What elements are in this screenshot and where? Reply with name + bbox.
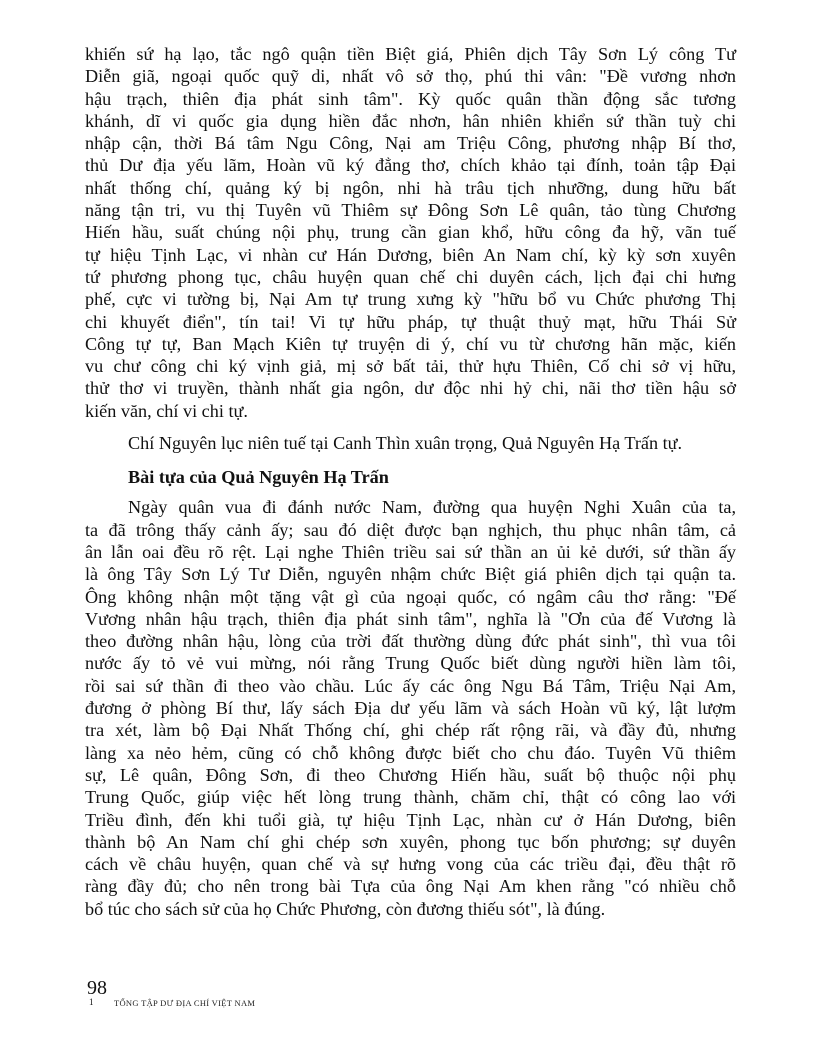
text-line: theo đường nhân hậu, lòng của trời đất t…: [85, 630, 736, 652]
text-line: nhất thống chí, quảng ký bị ngôn, nhi hà…: [85, 177, 736, 199]
text-line: cách về châu huyện, quan chế và sự hưng …: [85, 853, 736, 875]
text-line: Diễn giã, ngoại quốc quỹ di, nhất vô sở …: [85, 65, 736, 87]
text-line: khánh, dĩ vi quốc gia dụng hiền đắc nhơn…: [85, 110, 736, 132]
text-line: ta đã trông thấy cảnh ấy; sau đó diệt đư…: [85, 519, 736, 541]
text-line: là ông Tây Sơn Lý Tư Diễn, nguyên nhậm c…: [85, 563, 736, 585]
section-heading: Bài tựa của Quả Nguyên Hạ Trấn: [85, 464, 736, 490]
signature-line: Chí Nguyên lục niên tuế tại Canh Thìn xu…: [85, 432, 736, 454]
page-footer: 98 1 TỔNG TẬP DƯ ĐỊA CHÍ VIỆT NAM: [87, 978, 387, 1008]
text-line: rồi sai sứ thần đi theo vào chầu. Lúc ấy…: [85, 675, 736, 697]
page-body: khiến sứ hạ lạo, tắc ngô quận tiền Biệt …: [85, 43, 736, 920]
spacer: [85, 454, 736, 464]
text-line: sự, Lê quân, Đông Sơn, đi theo Chương Hi…: [85, 764, 736, 786]
text-line: Trung Quốc, giúp việc hết lòng trung thà…: [85, 786, 736, 808]
text-line: chi khuyết điển", tín tai! Vi tự hữu phá…: [85, 311, 736, 333]
text-line: bổ túc cho sách sử của họ Chức Phương, c…: [85, 898, 736, 920]
text-line: ràng đầy đủ; cho nên trong bài Tựa của ô…: [85, 875, 736, 897]
text-line: hậu trạch, thiên địa phát sinh tâm". Kỳ …: [85, 88, 736, 110]
spacer: [85, 422, 736, 432]
page-sub-mark: 1: [89, 997, 94, 1007]
text-line: năng tận tri, vu thị Tuyên vũ Thiêm sự Đ…: [85, 199, 736, 221]
text-line: vu chư công chi ký vịnh giả, mị sở bất t…: [85, 355, 736, 377]
text-line: khiến sứ hạ lạo, tắc ngô quận tiền Biệt …: [85, 43, 736, 65]
text-line: nước ấy tỏ vẻ vui mừng, nói rằng Trung Q…: [85, 652, 736, 674]
text-line: đương ở phòng Bí thư, lấy sách Địa dư yế…: [85, 697, 736, 719]
text-line: tứ phương phong tục, châu huyện quan chế…: [85, 266, 736, 288]
text-line: làng xa nẻo hẻm, cũng có chỗ không được …: [85, 742, 736, 764]
text-line: Vương nhân hậu trạch, thiên địa phát sin…: [85, 608, 736, 630]
text-line: Ông không nhận một tặng vật gì của ngoại…: [85, 586, 736, 608]
text-line: Ngày quân vua đi đánh nước Nam, đường qu…: [85, 496, 736, 518]
running-title: TỔNG TẬP DƯ ĐỊA CHÍ VIỆT NAM: [114, 998, 255, 1008]
paragraph-vietnamese-translation: Ngày quân vua đi đánh nước Nam, đường qu…: [85, 496, 736, 920]
text-line: ân lẫn oai đều rõ rệt. Lại nghe Thiên tr…: [85, 541, 736, 563]
page-number: 98: [87, 978, 107, 998]
text-line: Hiến hầu, suất chúng nội phụ, trung cần …: [85, 221, 736, 243]
text-line: thủ Dư địa yếu lãm, Hoàn vũ ký đẳng thơ,…: [85, 154, 736, 176]
text-line: tra xét, làm bộ Đại Nhất Thống chí, ghi …: [85, 719, 736, 741]
text-line: phế, cực vi tường bị, Nại Am tự trung xư…: [85, 288, 736, 310]
text-line: thử thơ vi truyền, thành nhất gia ngôn, …: [85, 377, 736, 399]
text-line: thành bộ An Nam chí ghi chép sơn xuyên, …: [85, 831, 736, 853]
text-line: tự hiệu Tịnh Lạc, vi nhàn cư Hán Dương, …: [85, 244, 736, 266]
text-line: Công tự tự, Ban Mạch Kiên tự truyện di ý…: [85, 333, 736, 355]
text-line: Triều đình, đến khi tuổi già, tự hiệu Tị…: [85, 809, 736, 831]
text-line: nhập cận, thời Bá tâm Ngu Công, Nại am T…: [85, 132, 736, 154]
text-line: kiến văn, chí vi chi tự.: [85, 400, 736, 422]
paragraph-han-viet-preface: khiến sứ hạ lạo, tắc ngô quận tiền Biệt …: [85, 43, 736, 422]
